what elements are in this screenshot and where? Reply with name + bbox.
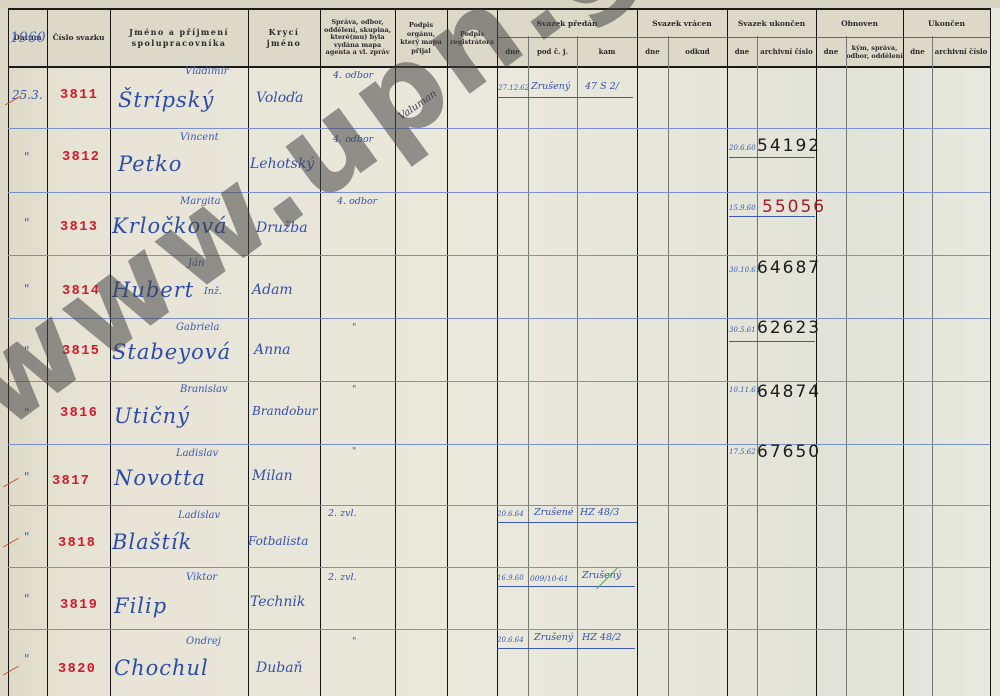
row-given-name: Branislav	[180, 384, 228, 395]
row-cover-name: Anna	[254, 342, 291, 358]
header-obnoven-kym: kým, správa, odbor, oddělení	[846, 38, 903, 66]
header-svazek-predan: Svazek předán	[497, 10, 637, 38]
row-predan-pod: Zrušený	[534, 632, 573, 643]
row-archivni-cislo: 62623	[757, 318, 821, 338]
page-top-edge	[0, 0, 1000, 8]
row-datum: "	[24, 344, 30, 358]
row-datum: 25.3.	[12, 88, 43, 102]
entry-underline	[729, 216, 815, 217]
row-sprava: 4. odbor	[333, 70, 373, 81]
row-predan-pod: Zrušený	[531, 81, 570, 92]
row-given-name: Ladislav	[178, 510, 220, 521]
entry-underline	[497, 586, 635, 587]
row-datum: "	[24, 470, 30, 484]
row-cislo: 3818	[58, 536, 96, 551]
entry-underline	[498, 97, 633, 98]
column-rule	[8, 8, 9, 696]
column-rule	[248, 8, 249, 696]
row-predan-kam: 47 S 2/	[585, 81, 619, 92]
header-vracen-dne: dne	[637, 38, 668, 66]
row-cislo: 3814	[62, 284, 100, 299]
row-given-name: Vladimír	[185, 66, 228, 77]
row-cover-name: Technik	[250, 594, 305, 610]
row-surname: Novotta	[114, 466, 206, 490]
header-predan-dne: dne	[497, 38, 528, 66]
row-cislo: 3811	[60, 88, 98, 103]
row-predan-kam: Zrušený	[582, 570, 621, 581]
row-rule	[8, 629, 990, 630]
header-obnoven: Obnoven	[816, 10, 903, 38]
row-sprava: 4. odbor	[337, 196, 377, 207]
header-ukoncen2-archivni-cislo: archivní číslo	[932, 38, 990, 66]
row-cislo: 3815	[62, 344, 100, 359]
row-cover-name: Voloďa	[256, 90, 303, 106]
row-sprava: "	[352, 384, 356, 395]
row-surname: Utičný	[114, 404, 190, 428]
row-predan-kam: HZ 48/2	[582, 632, 621, 643]
entry-underline	[497, 522, 637, 523]
column-rule	[577, 36, 578, 696]
row-datum: "	[24, 652, 30, 666]
row-datum: "	[24, 150, 30, 164]
row-surname: Petko	[118, 152, 182, 176]
header-predan-kam: kam	[577, 38, 637, 66]
row-surname: Štrípský	[118, 88, 214, 112]
row-surname: Blaštík	[112, 530, 192, 554]
row-sprava: "	[352, 636, 356, 647]
row-ukoncen-dne: 17.5.62	[729, 448, 756, 456]
row-cover-name: Milan	[252, 468, 293, 484]
row-surname: Chochul	[114, 656, 209, 680]
row-archivni-cislo: 64687	[757, 258, 821, 278]
column-rule	[447, 8, 448, 696]
row-archivni-cislo: 67650	[757, 442, 821, 462]
header-jmeno: Jméno a příjmení spolupracovníka	[110, 10, 248, 66]
column-rule	[932, 36, 933, 696]
row-cislo: 3813	[60, 220, 98, 235]
row-given-name: Ján	[188, 258, 204, 269]
row-surname: Hubert	[112, 278, 194, 302]
row-surname: Krločková	[112, 214, 228, 238]
column-rule	[816, 8, 817, 696]
row-ukoncen-dne: 10.11.61	[729, 386, 760, 394]
row-rule	[8, 567, 990, 568]
column-rule	[903, 8, 904, 696]
row-cover-name: Družba	[256, 220, 308, 236]
row-predan-kam: HZ 48/3	[580, 507, 619, 518]
header-kryci-jmeno: Krycí jméno	[248, 10, 320, 66]
row-sprava: "	[352, 446, 356, 457]
row-cislo: 3820	[58, 662, 96, 677]
column-rule	[528, 36, 529, 696]
entry-underline	[729, 341, 815, 342]
row-surname: Filip	[114, 594, 167, 618]
row-given-name: Ondrej	[186, 636, 221, 647]
column-rule	[668, 36, 669, 696]
column-rule	[757, 36, 758, 696]
row-given-name: Margita	[180, 196, 221, 207]
row-predan-pod: Zrušené	[534, 507, 574, 518]
header-ukoncen-archivni-cislo: archivní číslo	[757, 38, 816, 66]
row-surname: Stabeyová	[112, 340, 231, 364]
row-sprava: "	[352, 322, 356, 333]
column-rule	[47, 8, 48, 696]
column-rule	[110, 8, 111, 696]
row-rule	[8, 505, 990, 506]
column-rule	[395, 8, 396, 696]
column-rule	[846, 36, 847, 696]
header-svazek-vracen: Svazek vrácen	[637, 10, 727, 38]
row-cover-name: Lehotský	[250, 156, 314, 172]
row-datum: "	[24, 530, 30, 544]
header-podpis-registratora: Podpis registrátora	[447, 10, 497, 66]
row-archivni-cislo: 64874	[757, 382, 821, 402]
row-datum: "	[24, 592, 30, 606]
table-header: Datum Číslo svazku Jméno a příjmení spol…	[8, 8, 990, 68]
row-cover-name: Brandobur	[252, 404, 318, 418]
column-rule	[990, 8, 991, 696]
header-cislo-svazku: Číslo svazku	[47, 10, 110, 66]
row-suffix: Inž.	[204, 286, 222, 297]
row-sprava: 2. zvl.	[328, 508, 357, 519]
header-ukoncen-dne: dne	[727, 38, 757, 66]
row-sprava: 4. odbor	[333, 134, 373, 145]
row-given-name: Viktor	[186, 572, 217, 583]
header-predan-pod-cj: pod č. j.	[528, 38, 577, 66]
row-datum: "	[24, 282, 30, 296]
header-obnoven-dne: dne	[816, 38, 846, 66]
row-rule	[8, 318, 990, 319]
row-cislo: 3817	[52, 474, 90, 489]
header-vracen-odkud: odkud	[668, 38, 727, 66]
header-svazek-ukoncen: Svazek ukončen	[727, 10, 816, 38]
column-rule	[320, 8, 321, 696]
row-cover-name: Adam	[252, 282, 293, 298]
row-given-name: Gabriela	[176, 322, 219, 333]
row-cislo: 3812	[62, 150, 100, 165]
row-predan-pod: 009/10-61	[530, 574, 568, 583]
row-cislo: 3819	[60, 598, 98, 613]
column-rule	[497, 8, 498, 696]
row-predan-dne: 16.9.60	[497, 574, 524, 582]
column-rule	[637, 8, 638, 696]
row-archivni-cislo: 54192	[757, 136, 821, 156]
row-predan-dne: 20.6.64	[497, 636, 524, 644]
header-sprava: Správa, odbor, oddělení, skupina, které(…	[320, 10, 395, 66]
row-rule	[8, 255, 990, 256]
row-archivni-cislo: 55056	[762, 197, 826, 217]
row-cover-name: Dubaň	[256, 660, 303, 676]
row-ukoncen-dne: 15.9.60	[729, 204, 756, 212]
row-ukoncen-dne: 30.10.61	[729, 266, 760, 274]
entry-underline	[497, 648, 635, 649]
year-handwritten: 1960	[10, 30, 46, 46]
row-sprava: 2. zvl.	[328, 572, 357, 583]
entry-underline	[729, 157, 815, 158]
row-predan-dne: 20.6.64	[497, 510, 524, 518]
header-podpis-organu: Podpis orgánu, který mapu přijal	[395, 10, 447, 66]
row-datum: "	[24, 216, 30, 230]
row-datum: "	[24, 406, 30, 420]
row-ukoncen-dne: 30.5.61	[729, 326, 756, 334]
row-rule	[8, 128, 990, 129]
row-cislo: 3816	[60, 406, 98, 421]
row-given-name: Ladislav	[176, 448, 218, 459]
row-ukoncen-dne: 20.6.60	[729, 144, 756, 152]
header-ukoncen2-dne: dne	[903, 38, 932, 66]
header-ukoncen2: Ukončen	[903, 10, 990, 38]
column-rule	[727, 8, 728, 696]
row-rule	[8, 444, 990, 445]
row-rule	[8, 192, 990, 193]
row-rule	[8, 381, 990, 382]
row-cover-name: Fotbalista	[248, 534, 308, 548]
row-given-name: Vincent	[180, 132, 219, 143]
row-predan-dne: 27.12.62	[498, 84, 529, 92]
